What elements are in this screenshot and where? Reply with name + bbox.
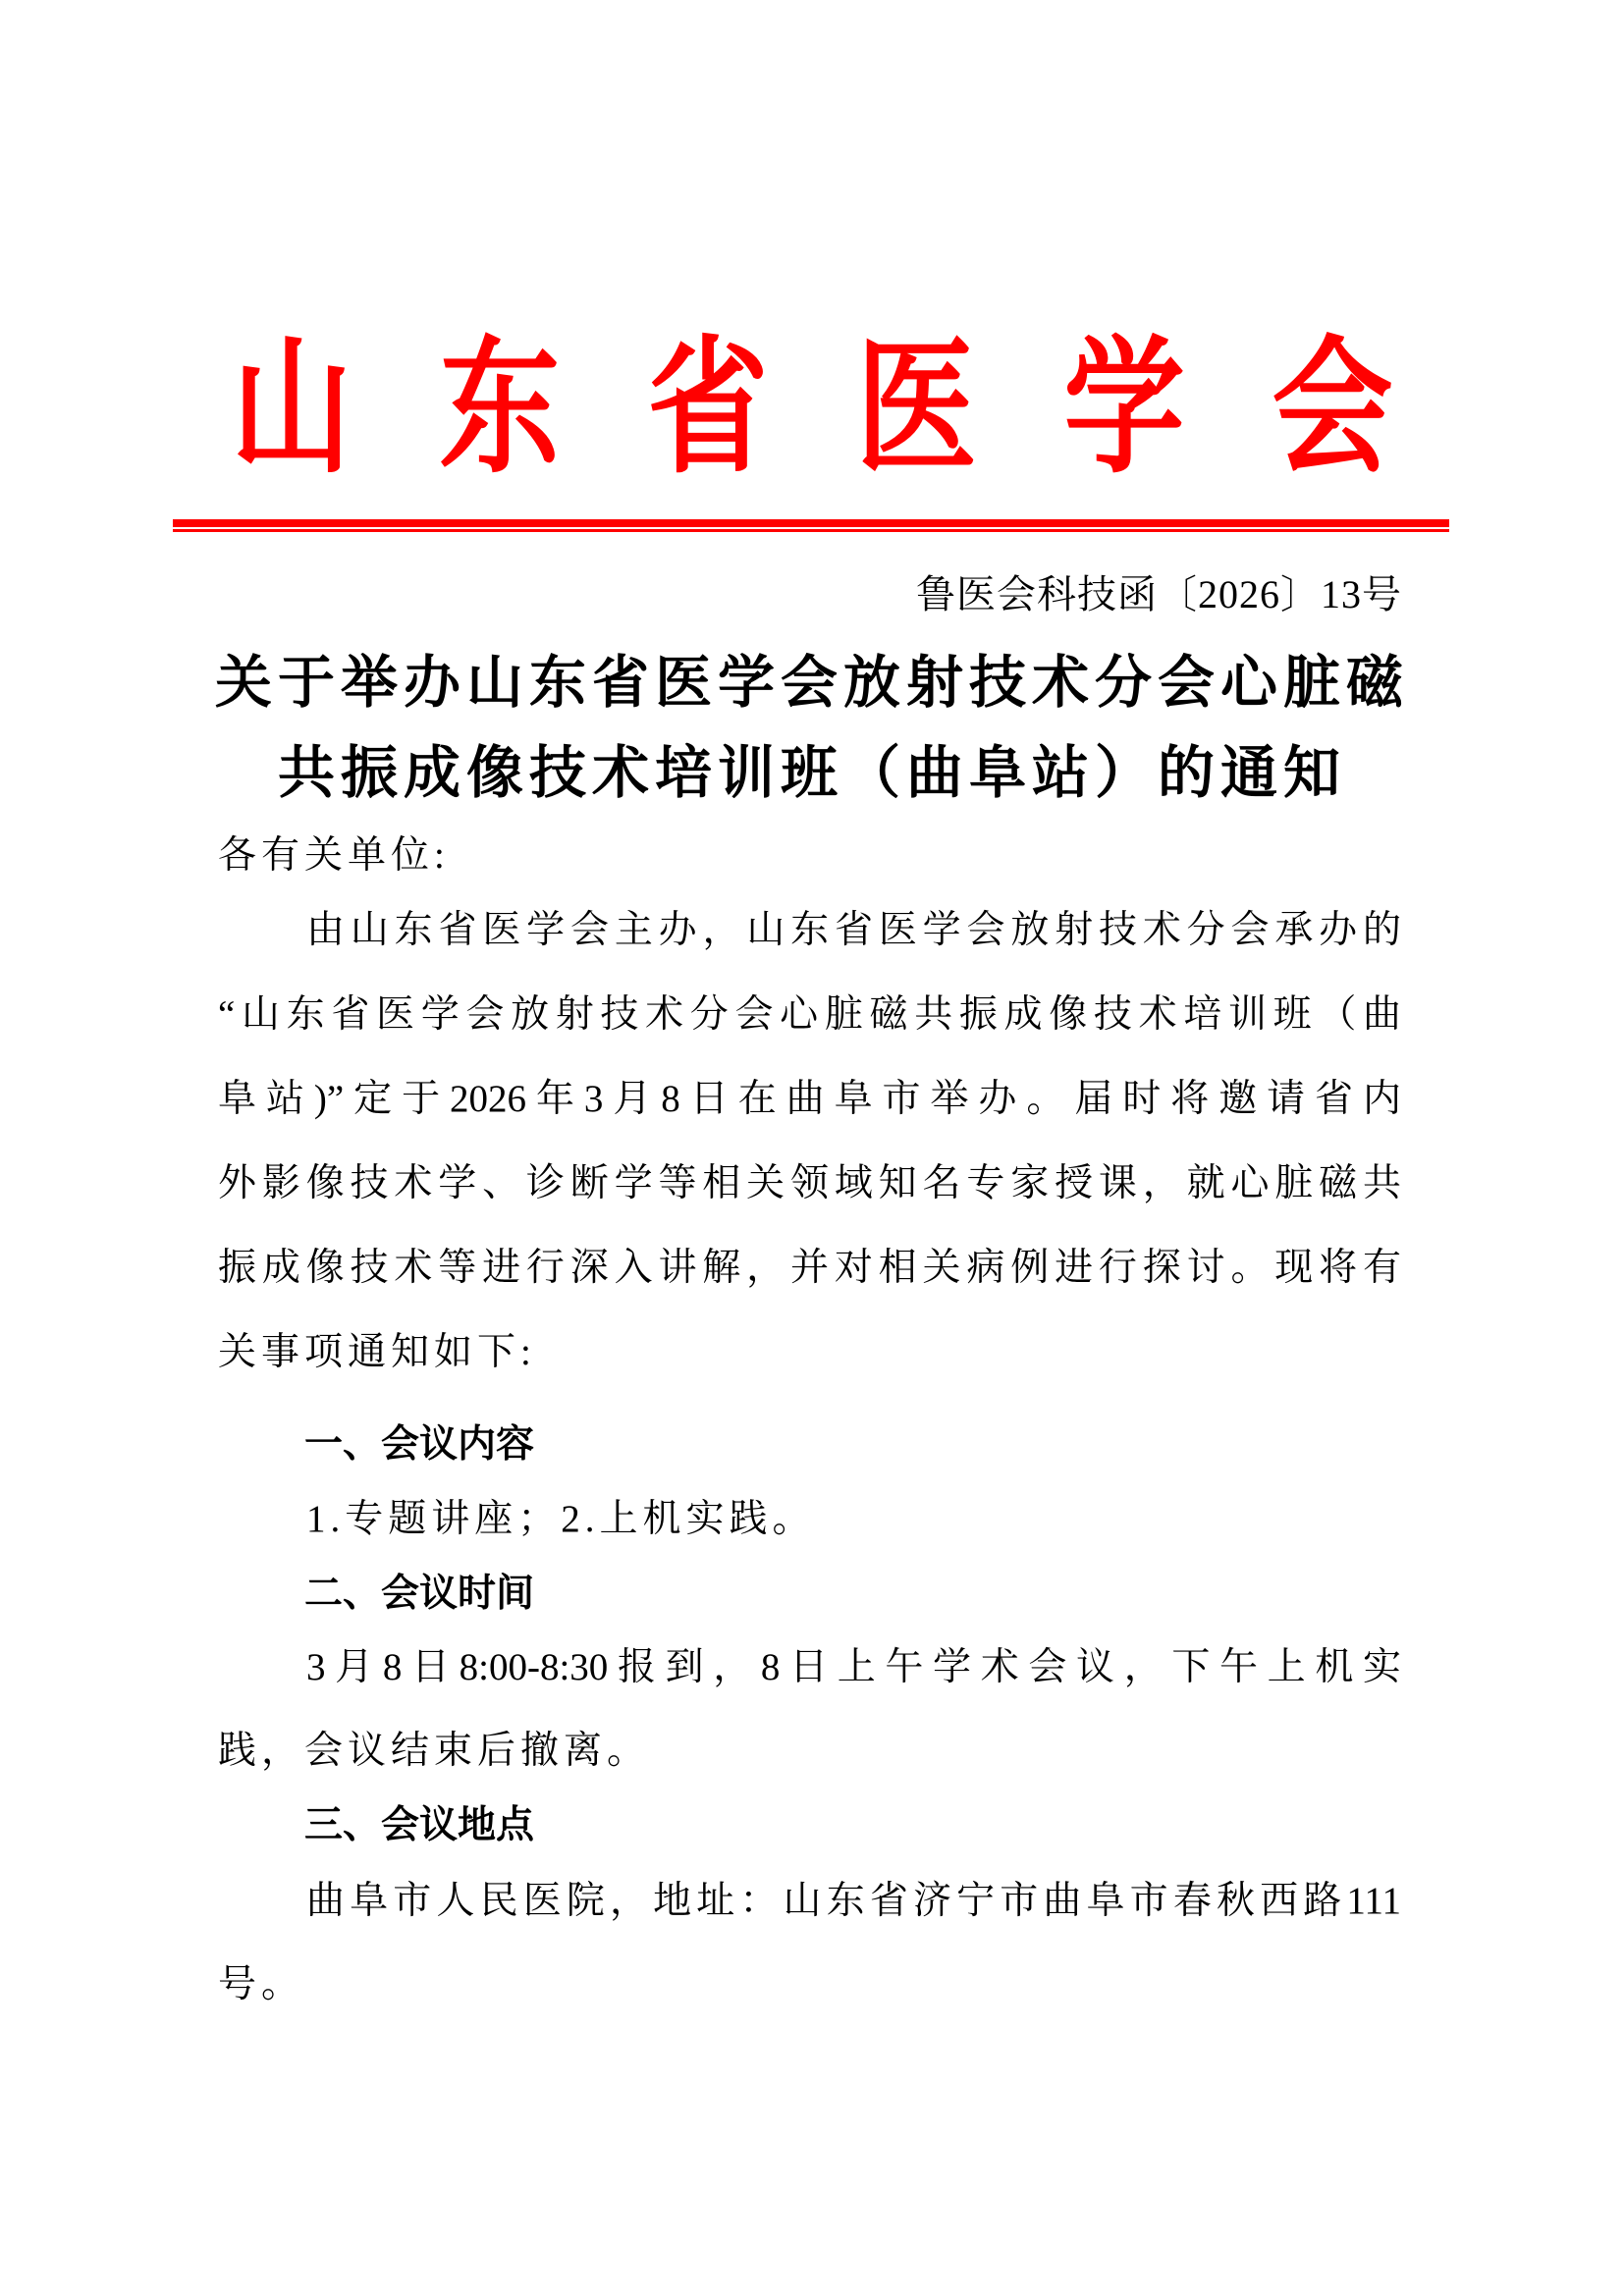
section-heading-content: 一、会议内容 [304, 1420, 534, 1469]
document-page: 山 东 省 医 学 会 鲁医会科技函〔2026〕13号 关于举办山东省医学会放射… [0, 0, 1624, 2296]
salutation: 各有关单位: [218, 832, 1401, 880]
section-content-line-1: 1.专题讲座；2.上机实践。 [306, 1496, 1401, 1543]
masthead-char: 医 [855, 324, 976, 491]
masthead-char: 会 [1272, 324, 1392, 491]
masthead-char: 学 [1063, 324, 1184, 491]
document-number: 鲁医会科技函〔2026〕13号 [916, 572, 1402, 617]
masthead-char: 省 [647, 324, 768, 491]
intro-line-2: “山东省医学会放射技术分会心脏磁共振成像技术培训班（曲 [218, 991, 1401, 1039]
title-line-1: 关于举办山东省医学会放射技术分会心脏磁 [196, 648, 1428, 717]
title-line-2: 共振成像技术培训班（曲阜站）的通知 [196, 738, 1428, 807]
intro-line-5: 振成像技术等进行深入讲解，并对相关病例进行探讨。现将有 [218, 1245, 1401, 1292]
intro-line-3: 阜站)”定于2026年3月8日在曲阜市举办。届时将邀请省内 [218, 1076, 1401, 1123]
masthead-char: 东 [439, 324, 560, 491]
red-rule-thin [173, 529, 1449, 532]
intro-line-4: 外影像技术学、诊断学等相关领域知名专家授课，就心脏磁共 [218, 1160, 1401, 1207]
section-location-line-2: 号。 [218, 1961, 1401, 2008]
red-rule-thick [173, 519, 1449, 527]
intro-line-1: 由山东省医学会主办，山东省医学会放射技术分会承办的 [306, 907, 1401, 954]
masthead-char: 山 [232, 324, 352, 491]
masthead-shandong-medical-association: 山 东 省 医 学 会 [218, 324, 1406, 491]
section-time-line-1: 3月8日8:00-8:30报到，8日上午学术会议，下午上机实 [306, 1644, 1401, 1691]
section-heading-location: 三、会议地点 [304, 1801, 534, 1850]
section-time-line-2: 践，会议结束后撤离。 [218, 1728, 1401, 1775]
intro-line-6: 关事项通知如下: [218, 1329, 1401, 1376]
section-location-line-1: 曲阜市人民医院，地址：山东省济宁市曲阜市春秋西路111 [306, 1878, 1401, 1925]
section-heading-time: 二、会议时间 [304, 1570, 534, 1619]
